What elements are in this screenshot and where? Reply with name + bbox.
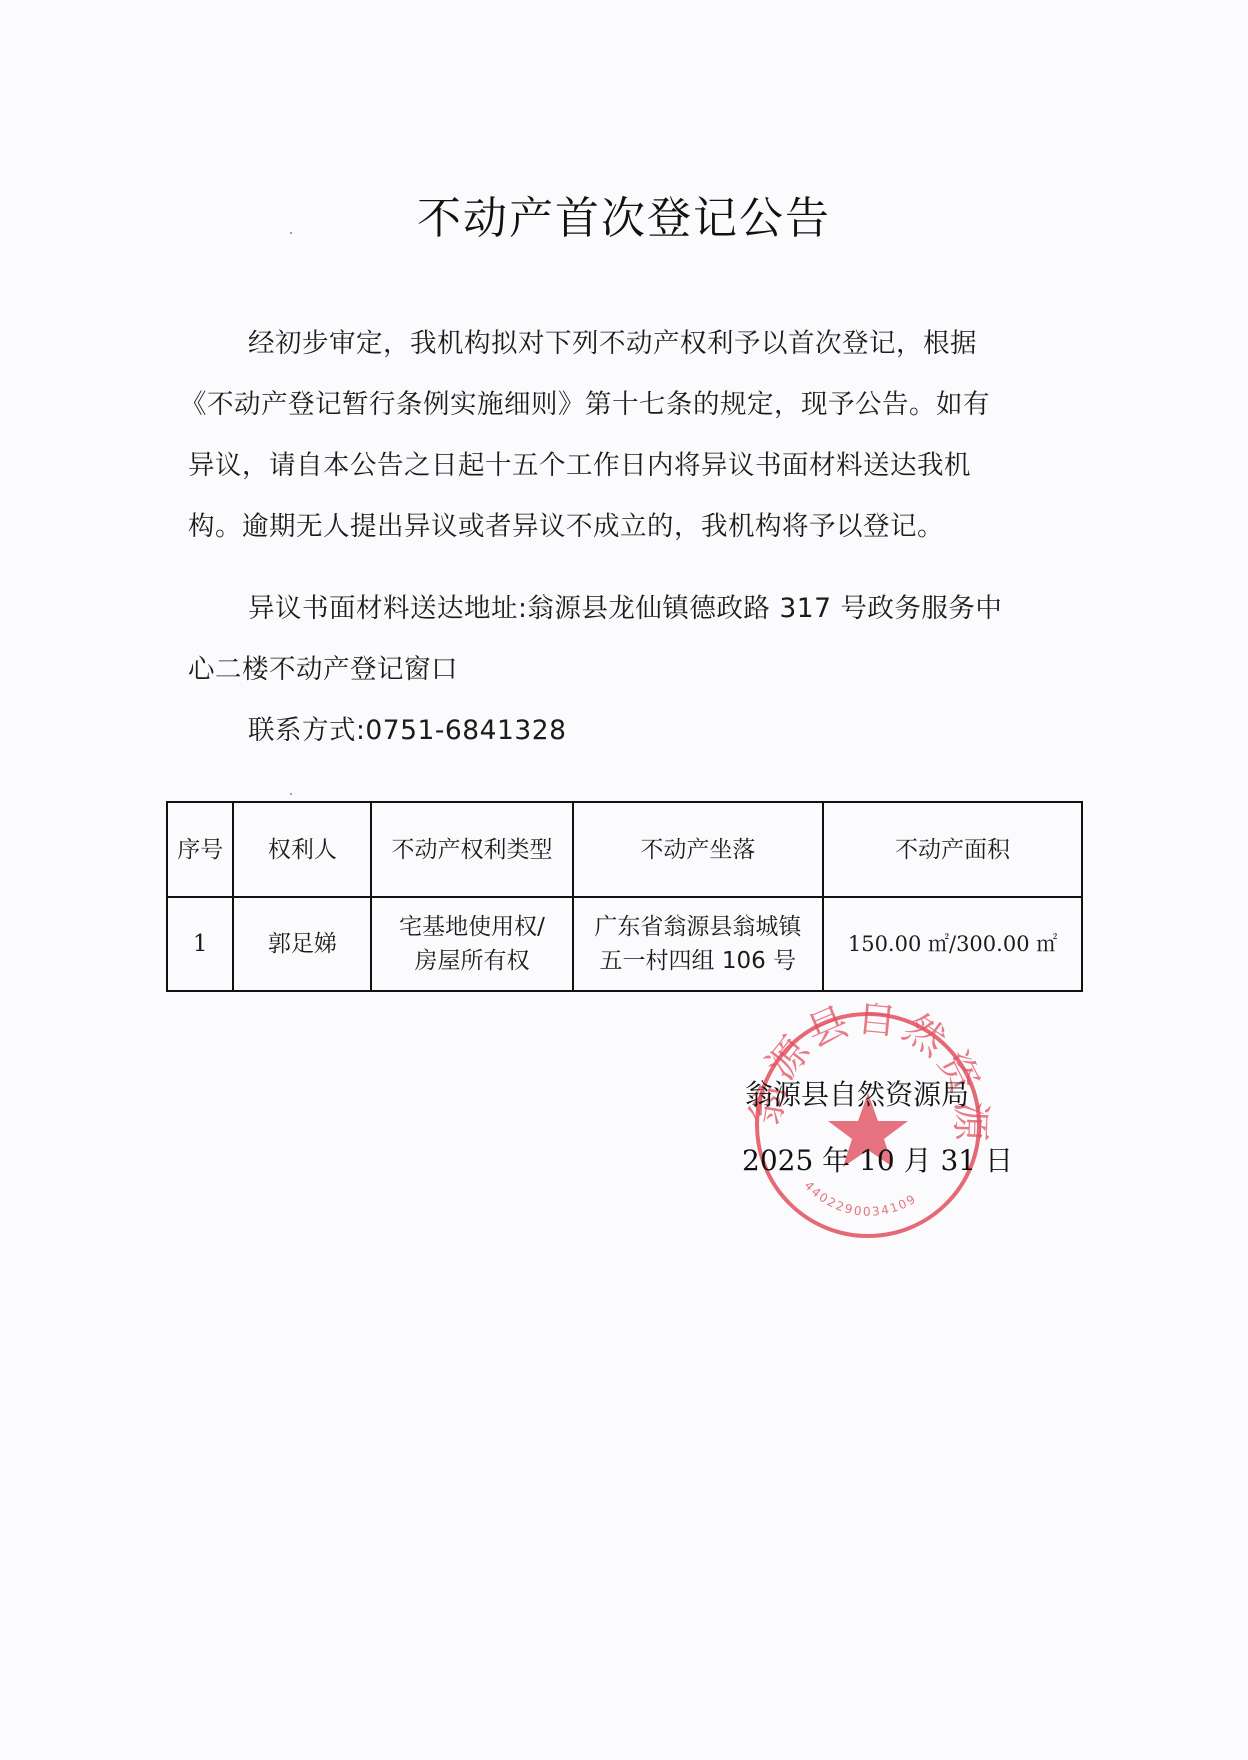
intro-line-1: 经初步审定，我机构拟对下列不动产权利予以首次登记，根据 — [188, 313, 1068, 374]
page-title: 不动产首次登记公告 — [0, 182, 1248, 246]
cell-location: 广东省翁源县翁城镇 五一村四组 106 号 — [573, 897, 824, 991]
right-type-line-1: 宅基地使用权/ — [376, 910, 567, 944]
address-line-1: 异议书面材料送达地址:翁源县龙仙镇德政路 317 号政务服务中 — [188, 578, 1068, 639]
registration-table: 序号 权利人 不动产权利类型 不动产坐落 不动产面积 1 郭足娣 宅基地使用权/… — [166, 801, 1083, 992]
address-paragraph: 异议书面材料送达地址:翁源县龙仙镇德政路 317 号政务服务中 心二楼不动产登记… — [188, 578, 1068, 700]
scan-speck — [290, 793, 292, 795]
header-index: 序号 — [167, 802, 233, 897]
official-seal-icon: 翁源县自然资源局 4402290034109 — [742, 1003, 994, 1243]
header-area: 不动产面积 — [823, 802, 1082, 897]
intro-paragraph: 经初步审定，我机构拟对下列不动产权利予以首次登记，根据 《不动产登记暂行条例实施… — [188, 313, 1068, 557]
svg-text:4402290034109: 4402290034109 — [802, 1178, 920, 1218]
scan-speck — [290, 232, 292, 234]
cell-area: 150.00 ㎡/300.00 ㎡ — [823, 897, 1082, 991]
cell-right-type: 宅基地使用权/ 房屋所有权 — [371, 897, 572, 991]
intro-line-2: 《不动产登记暂行条例实施细则》第十七条的规定，现予公告。如有 — [180, 374, 1068, 435]
contact-paragraph: 联系方式:0751-6841328 — [188, 700, 1068, 761]
contact-line: 联系方式:0751-6841328 — [188, 700, 1068, 761]
header-right-type: 不动产权利类型 — [371, 802, 572, 897]
address-line-2: 心二楼不动产登记窗口 — [188, 639, 1068, 700]
right-type-line-2: 房屋所有权 — [376, 944, 567, 978]
location-line-1: 广东省翁源县翁城镇 — [578, 910, 819, 944]
cell-holder: 郭足娣 — [233, 897, 371, 991]
header-location: 不动产坐落 — [573, 802, 824, 897]
intro-line-4: 构。逾期无人提出异议或者异议不成立的，我机构将予以登记。 — [188, 496, 1068, 557]
header-holder: 权利人 — [233, 802, 371, 897]
cell-index: 1 — [167, 897, 233, 991]
notice-page: 不动产首次登记公告 经初步审定，我机构拟对下列不动产权利予以首次登记，根据 《不… — [0, 0, 1248, 1760]
table-row: 1 郭足娣 宅基地使用权/ 房屋所有权 广东省翁源县翁城镇 五一村四组 106 … — [167, 897, 1082, 991]
signing-organization: 翁源县自然资源局 — [745, 1073, 985, 1113]
intro-line-3: 异议，请自本公告之日起十五个工作日内将异议书面材料送达我机 — [188, 435, 1068, 496]
location-line-2: 五一村四组 106 号 — [578, 944, 819, 978]
signing-date: 2025 年 10 月 31 日 — [742, 1139, 982, 1179]
table-header-row: 序号 权利人 不动产权利类型 不动产坐落 不动产面积 — [167, 802, 1082, 897]
